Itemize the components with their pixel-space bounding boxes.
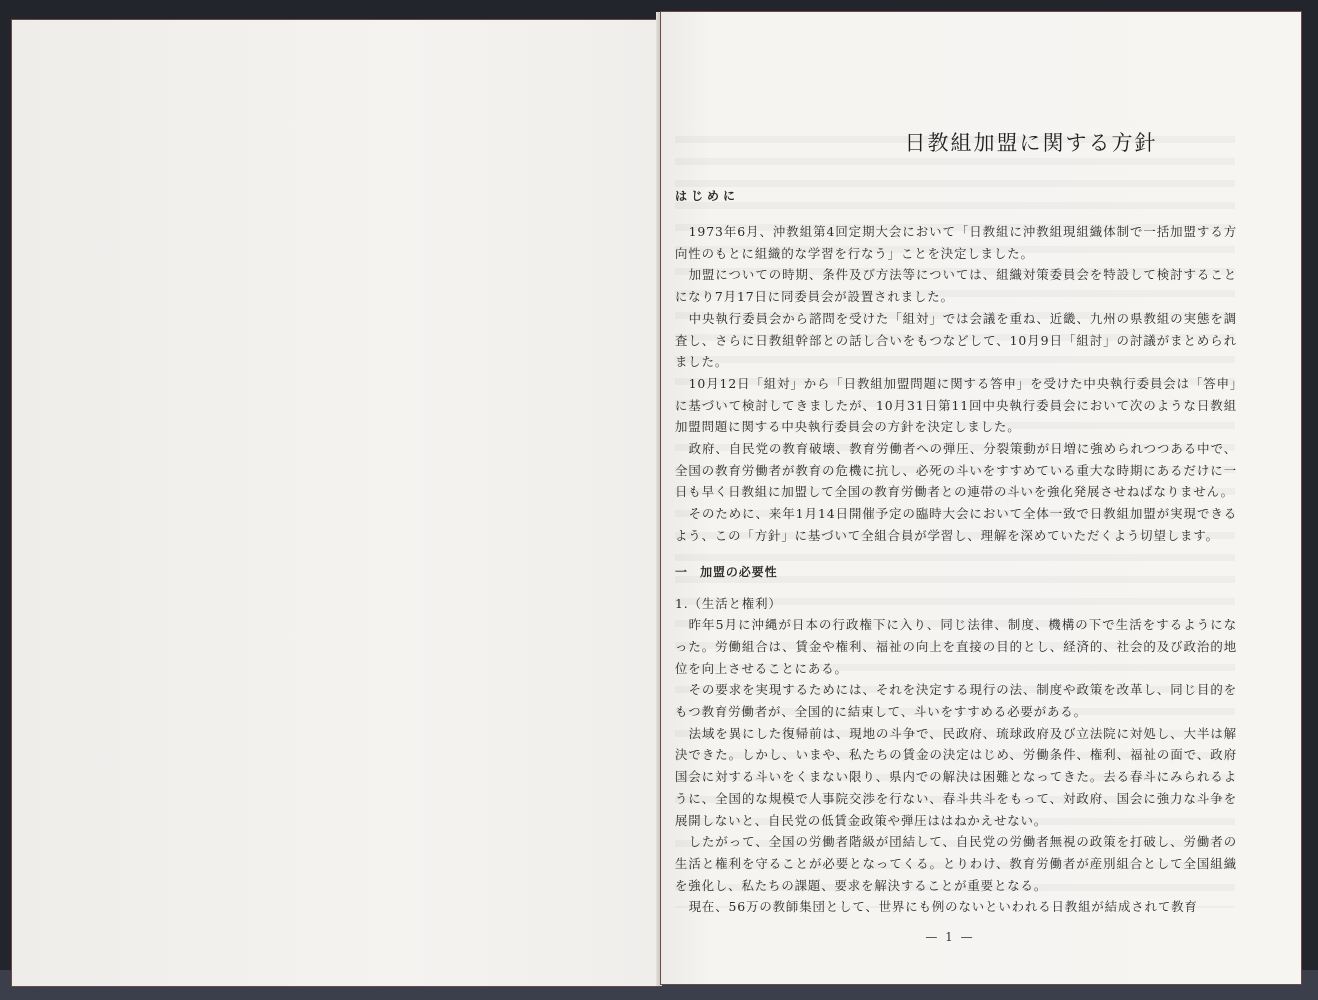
intro-heading: はじめに (675, 186, 1237, 208)
body-paragraph: その要求を実現するためには、それを決定する現行の法、制度や政策を改革し、同じ目的… (675, 679, 1237, 722)
page-content: 日教組加盟に関する方針 はじめに 1973年6月、沖教組第4回定期大会において「… (675, 128, 1237, 918)
left-page-blank (12, 20, 660, 986)
section-title: 加盟の必要性 (700, 565, 777, 579)
section-heading: 一 加盟の必要性 (675, 561, 1237, 583)
page-number: — 1 — (900, 930, 1000, 944)
body-paragraph: したがって、全国の労働者階級が団結して、自民党の労働者無視の政策を打破し、労働者… (675, 831, 1237, 896)
subsection-heading: 1.（生活と権利） (675, 593, 1237, 615)
intro-paragraph: そのために、来年1月14日開催予定の臨時大会において全体一致で日教組加盟が実現で… (675, 503, 1237, 546)
section-number: 一 (675, 561, 695, 583)
intro-paragraph: 10月12日「組対」から「日教組加盟問題に関する答申」を受けた中央執行委員会は「… (675, 373, 1237, 438)
intro-paragraph: 中央執行委員会から諮問を受けた「組対」では会議を重ね、近畿、九州の県教組の実態を… (675, 308, 1237, 373)
body-paragraph: 現在、56万の教師集団として、世界にも例のないといわれる日教組が結成されて教育 (675, 896, 1237, 918)
intro-paragraph: 加盟についての時期、条件及び方法等については、組織対策委員会を特設して検討するこ… (675, 264, 1237, 307)
body-paragraph: 法域を異にした復帰前は、現地の斗争で、民政府、琉球政府及び立法院に対処し、大半は… (675, 723, 1237, 832)
body-paragraph: 昨年5月に沖縄が日本の行政権下に入り、同じ法律、制度、機構の下で生活をするように… (675, 614, 1237, 679)
intro-paragraph: 政府、自民党の教育破壊、教育労働者への弾圧、分裂策動が日増に強められつつある中で… (675, 438, 1237, 503)
document-title: 日教組加盟に関する方針 (675, 128, 1237, 158)
intro-paragraph: 1973年6月、沖教組第4回定期大会において「日教組に沖教組現組織体制で一括加盟… (675, 221, 1237, 264)
